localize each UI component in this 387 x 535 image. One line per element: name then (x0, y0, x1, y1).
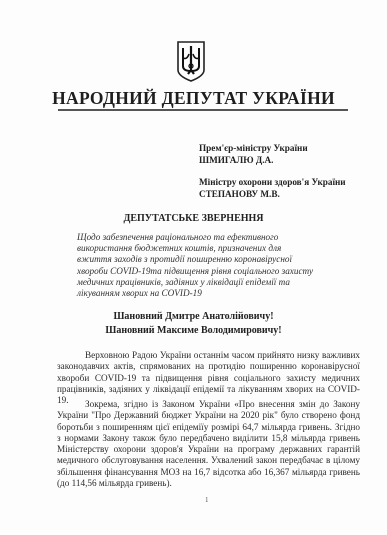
body-paragraph: Верховною Радою України останнім часом п… (57, 350, 360, 406)
letterhead-title: НАРОДНИЙ ДЕПУТАТ УКРАЇНИ (0, 88, 387, 109)
ukraine-trident-emblem-icon (176, 40, 206, 82)
subject-line: Щодо забезпечення раціонального та ефект… (77, 232, 317, 299)
addressee-health-minister: Міністру охорони здоров'я України СТЕПАН… (199, 176, 346, 200)
page-number: 1 (205, 496, 209, 504)
addressee-name: СТЕПАНОВУ М.В. (199, 188, 346, 200)
greeting-line: Шановний Дмитре Анатолійовичу! (0, 311, 387, 322)
body-paragraph: Зокрема, згідно із Законом України «Про … (57, 399, 360, 489)
letterhead-divider (58, 109, 348, 111)
addressee-position: Прем'єр-міністру України (199, 142, 308, 154)
document-title: ДЕПУТАТСЬКЕ ЗВЕРНЕННЯ (0, 213, 387, 224)
addressee-name: ШМИГАЛЮ Д.А. (199, 154, 308, 166)
addressee-prime-minister: Прем'єр-міністру України ШМИГАЛЮ Д.А. (199, 142, 308, 166)
addressee-position: Міністру охорони здоров'я України (199, 176, 346, 188)
greeting-line: Шановний Максиме Володимировичу! (0, 325, 387, 336)
